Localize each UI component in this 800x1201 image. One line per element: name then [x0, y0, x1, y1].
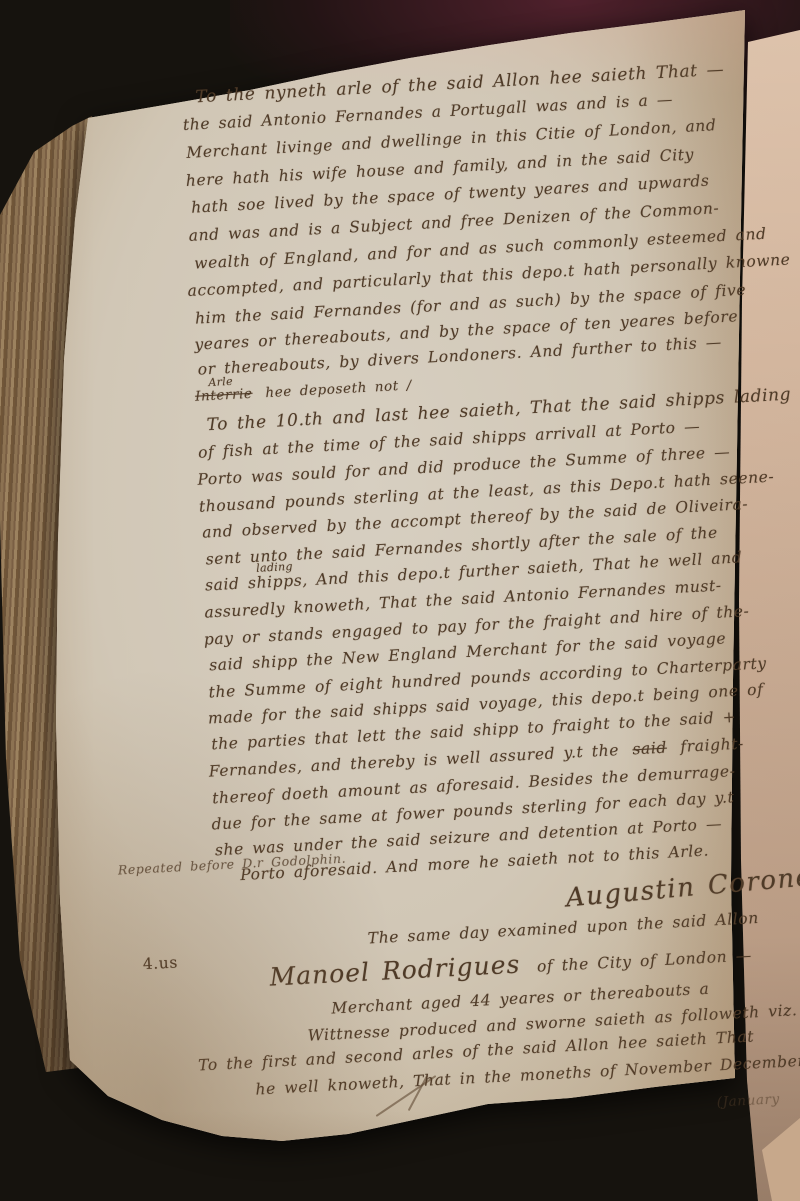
- manuscript-photo: To the nyneth arle of the said Allon hee…: [0, 0, 800, 1201]
- catchword: (January: [717, 1093, 781, 1110]
- page-vignette: [0, 0, 800, 1201]
